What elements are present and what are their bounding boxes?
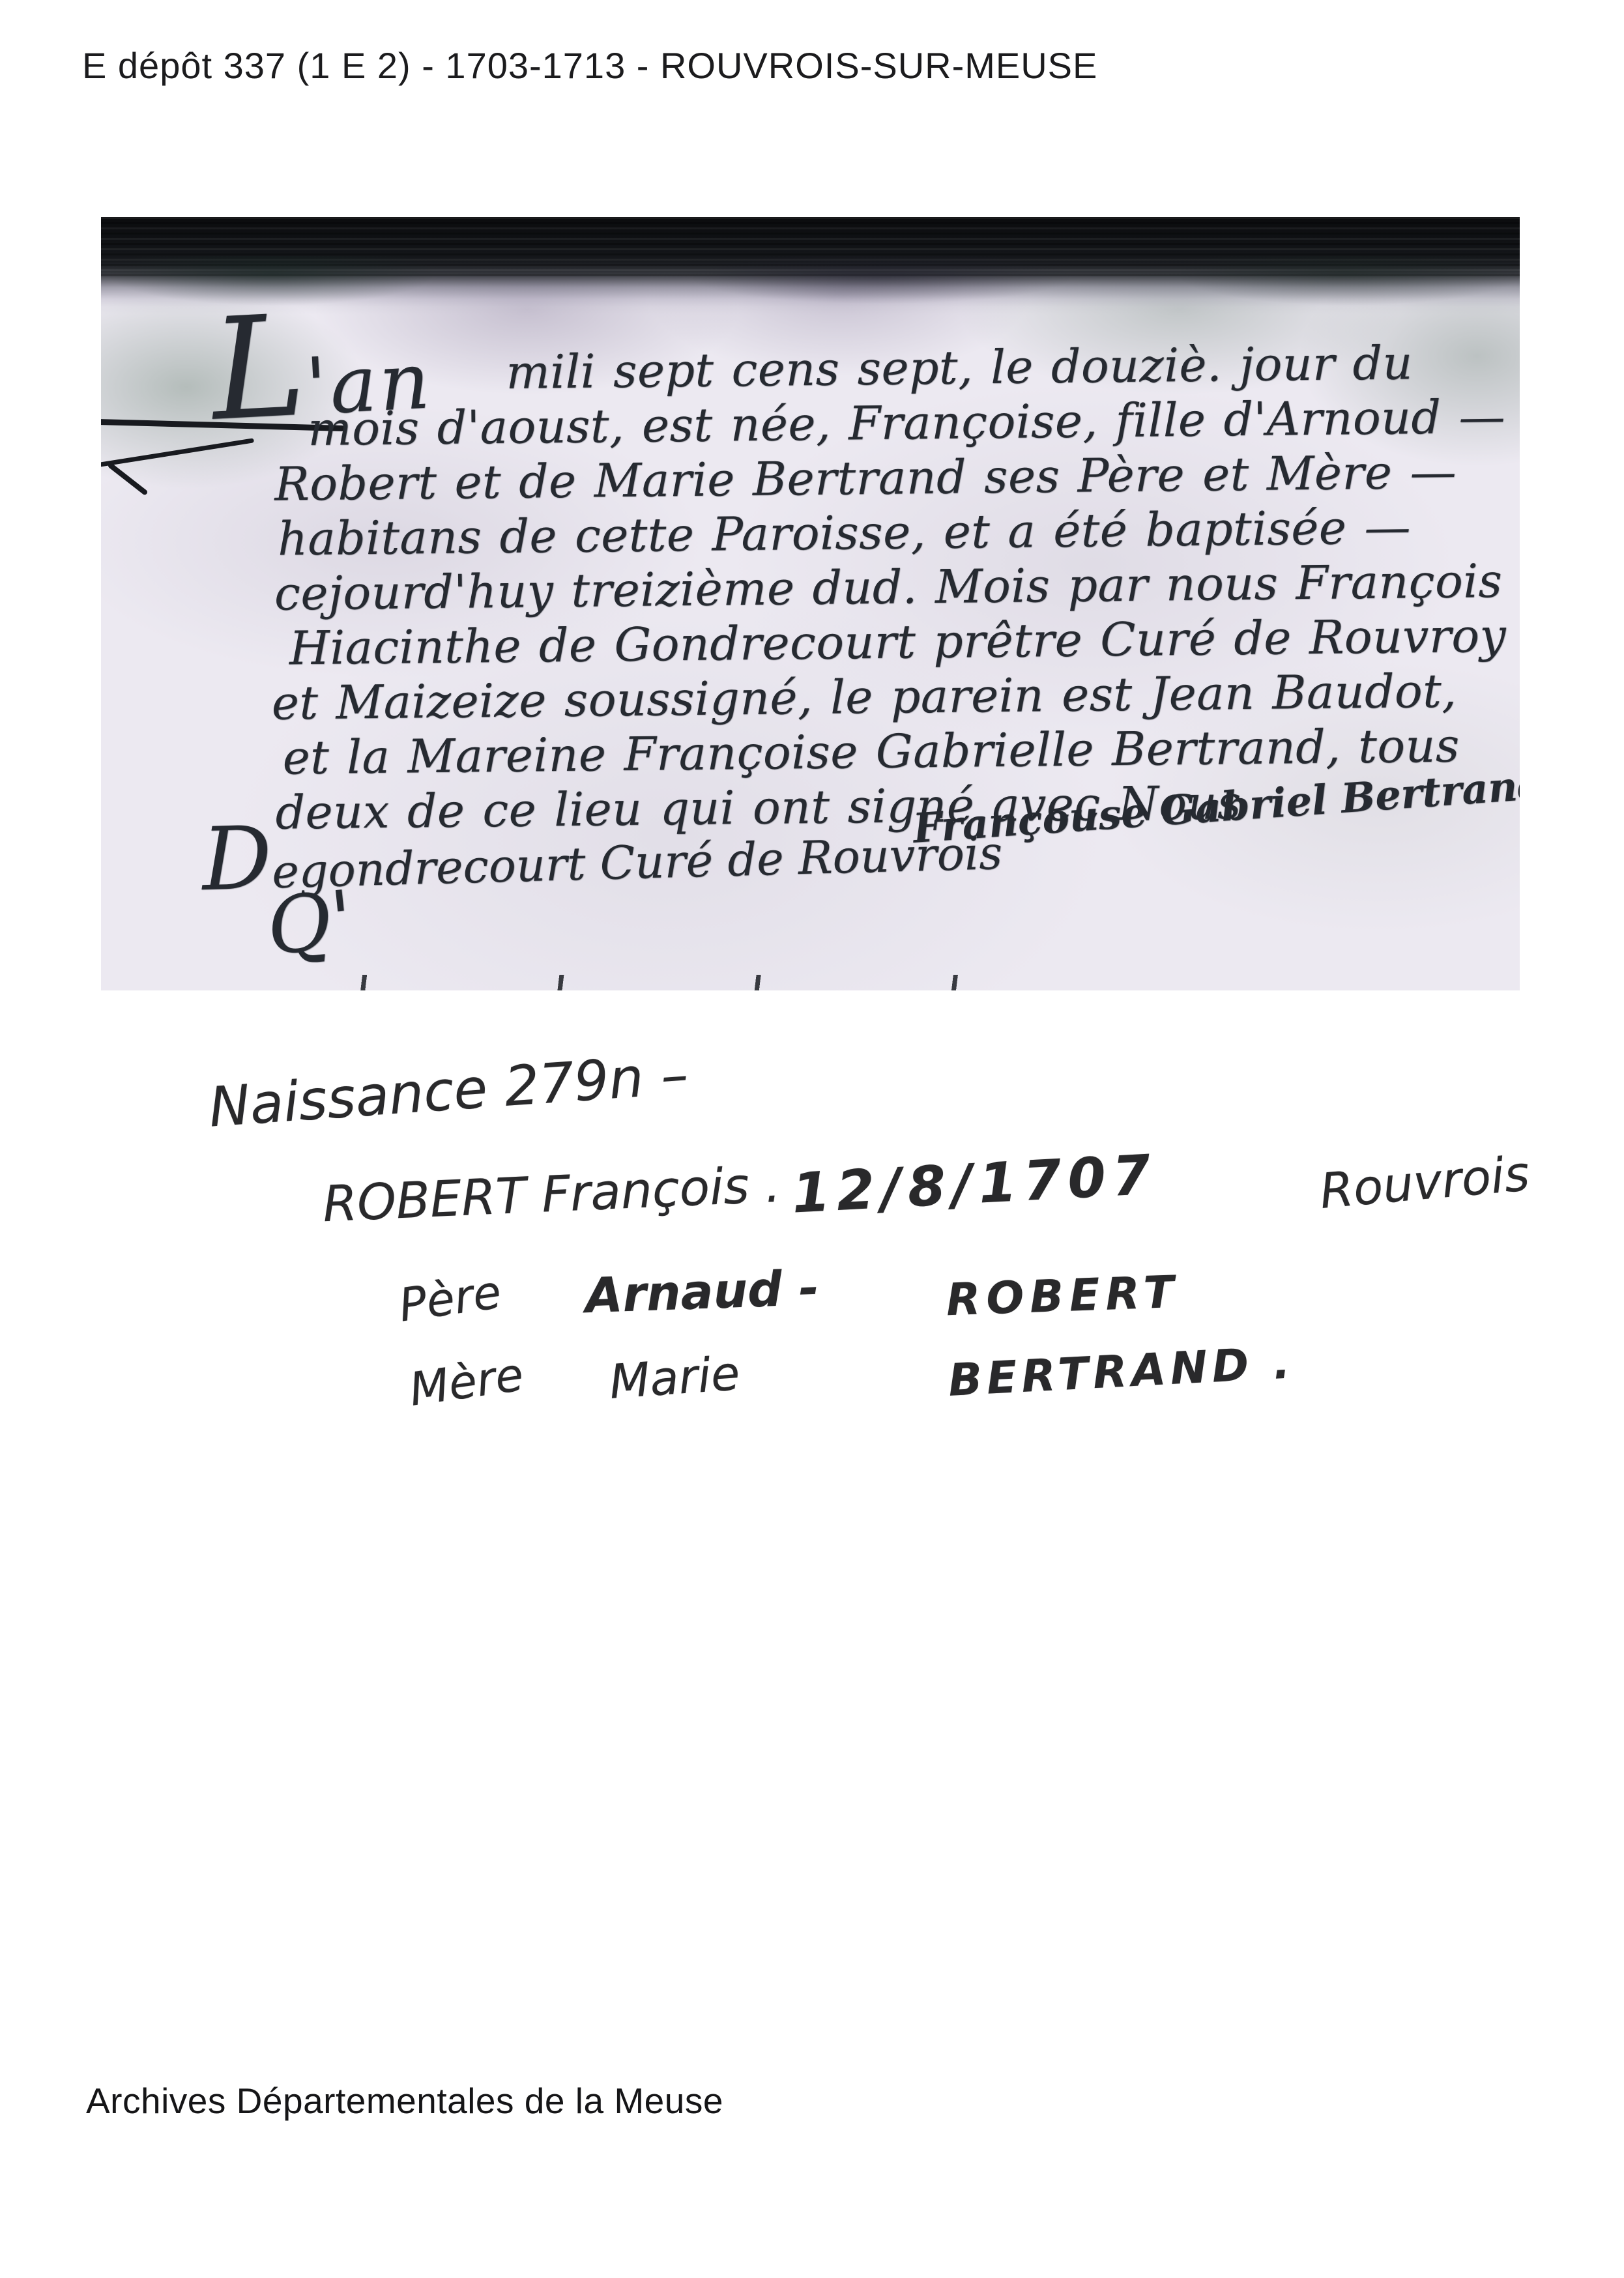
scan-dark-band: [101, 217, 1520, 315]
note-birth-reference: Naissance 279n –: [207, 1042, 690, 1139]
note-mother-label: Mère: [406, 1348, 527, 1417]
flourish-glyph: Q': [263, 880, 356, 967]
note-birth-date: 12/8/1707: [790, 1142, 1159, 1225]
note-father-label: Père: [396, 1265, 504, 1332]
cutoff-line-marks: [264, 975, 1046, 990]
manuscript-text-block: mili sept cens sept, le douziè. jour du …: [268, 334, 1520, 840]
note-father-surname: ROBERT: [946, 1267, 1181, 1326]
archive-credit-footer: Archives Départementales de la Meuse: [86, 2080, 723, 2122]
register-scan-image: L'an mili sept cens sept, le douziè. jou…: [101, 217, 1520, 990]
manuscript-line-1: mili sept cens sept, le douziè. jour du: [506, 334, 1520, 399]
note-mother-firstname: Marie: [607, 1346, 742, 1409]
note-father-firstname: Arnaud -: [585, 1260, 820, 1324]
archive-reference-header: E dépôt 337 (1 E 2) - 1703-1713 - ROUVRO…: [82, 44, 1097, 87]
note-birth-place: Rouvrois: [1318, 1146, 1531, 1220]
note-mother-surname: BERTRAND .: [947, 1337, 1296, 1407]
note-child-name: ROBERT François .: [321, 1155, 781, 1233]
flourish-stroke: [107, 462, 148, 496]
